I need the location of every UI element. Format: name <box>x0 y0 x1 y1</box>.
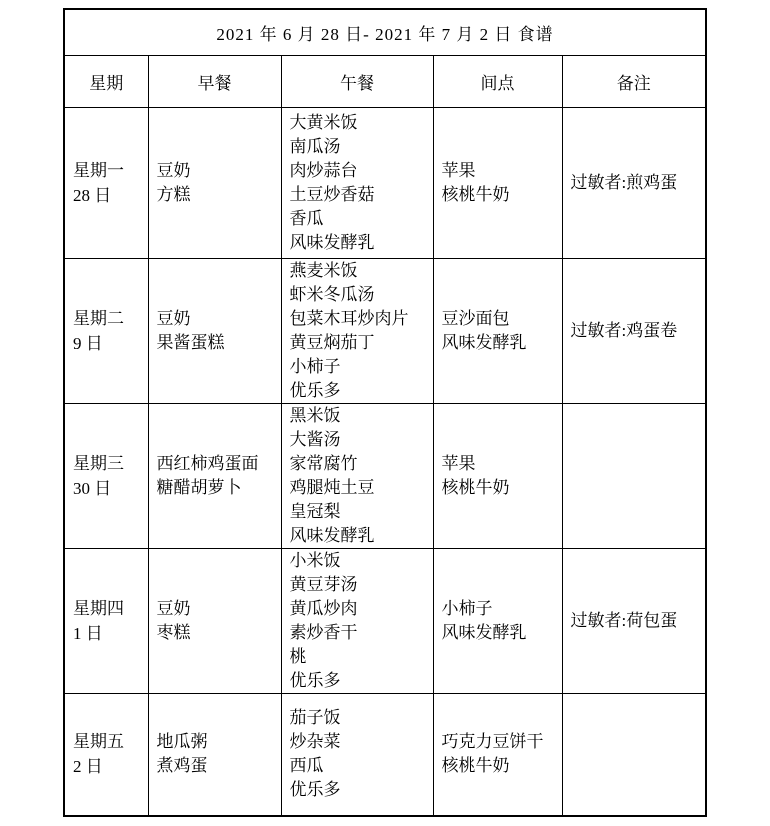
note-cell: 过敏者:荷包蛋 <box>562 549 706 694</box>
header-lunch: 午餐 <box>281 56 433 108</box>
day-label: 星期一 <box>73 158 140 183</box>
menu-item: 土豆炒香菇 <box>290 183 425 207</box>
date-label: 2 日 <box>73 754 140 779</box>
menu-item: 大黄米饭 <box>290 111 425 135</box>
note-cell <box>562 404 706 549</box>
date-label: 30 日 <box>73 476 140 501</box>
snack-cell: 小柿子 风味发酵乳 <box>433 549 562 694</box>
menu-item: 核桃牛奶 <box>442 754 554 778</box>
table-row: 星期一 28 日 豆奶 方糕 大黄米饭 南瓜汤 肉炒蒜台 土豆炒香菇 香瓜 风味… <box>64 108 706 259</box>
day-cell: 星期五 2 日 <box>64 694 148 816</box>
day-cell: 星期二 9 日 <box>64 259 148 404</box>
allergy-note: 过敏者:荷包蛋 <box>571 609 698 633</box>
header-note: 备注 <box>562 56 706 108</box>
header-day: 星期 <box>64 56 148 108</box>
menu-item: 糖醋胡萝卜 <box>157 476 273 500</box>
header-snack: 间点 <box>433 56 562 108</box>
menu-item: 南瓜汤 <box>290 135 425 159</box>
menu-item: 优乐多 <box>290 379 425 403</box>
menu-item: 风味发酵乳 <box>290 524 425 548</box>
menu-item: 家常腐竹 <box>290 452 425 476</box>
menu-item: 优乐多 <box>290 669 425 693</box>
day-cell: 星期一 28 日 <box>64 108 148 259</box>
allergy-note: 过敏者:煎鸡蛋 <box>571 171 698 195</box>
menu-item: 巧克力豆饼干 <box>442 730 554 754</box>
menu-item: 方糕 <box>157 183 273 207</box>
header-breakfast: 早餐 <box>148 56 281 108</box>
menu-item: 风味发酵乳 <box>442 621 554 645</box>
menu-item: 西瓜 <box>290 754 425 778</box>
date-label: 1 日 <box>73 621 140 646</box>
header-row: 星期 早餐 午餐 间点 备注 <box>64 56 706 108</box>
menu-item: 炒杂菜 <box>290 730 425 754</box>
snack-cell: 豆沙面包 风味发酵乳 <box>433 259 562 404</box>
page-title: 2021 年 6 月 28 日- 2021 年 7 月 2 日 食谱 <box>64 9 706 56</box>
breakfast-cell: 豆奶 方糕 <box>148 108 281 259</box>
snack-cell: 巧克力豆饼干 核桃牛奶 <box>433 694 562 816</box>
menu-item: 核桃牛奶 <box>442 183 554 207</box>
menu-item: 桃 <box>290 645 425 669</box>
day-cell: 星期三 30 日 <box>64 404 148 549</box>
day-label: 星期三 <box>73 451 140 476</box>
menu-item: 黄豆焖茄丁 <box>290 331 425 355</box>
snack-cell: 苹果 核桃牛奶 <box>433 404 562 549</box>
lunch-cell: 黑米饭 大酱汤 家常腐竹 鸡腿炖土豆 皇冠梨 风味发酵乳 <box>281 404 433 549</box>
lunch-cell: 大黄米饭 南瓜汤 肉炒蒜台 土豆炒香菇 香瓜 风味发酵乳 <box>281 108 433 259</box>
menu-item: 优乐多 <box>290 778 425 802</box>
allergy-note: 过敏者:鸡蛋卷 <box>571 319 698 343</box>
menu-item: 包菜木耳炒肉片 <box>290 307 425 331</box>
note-cell: 过敏者:鸡蛋卷 <box>562 259 706 404</box>
breakfast-cell: 豆奶 枣糕 <box>148 549 281 694</box>
menu-item: 豆奶 <box>157 159 273 183</box>
day-cell: 星期四 1 日 <box>64 549 148 694</box>
table-row: 星期五 2 日 地瓜粥 煮鸡蛋 茄子饭 炒杂菜 西瓜 优乐多 巧克力豆饼干 核桃… <box>64 694 706 816</box>
note-cell: 过敏者:煎鸡蛋 <box>562 108 706 259</box>
menu-item: 地瓜粥 <box>157 730 273 754</box>
lunch-cell: 燕麦米饭 虾米冬瓜汤 包菜木耳炒肉片 黄豆焖茄丁 小柿子 优乐多 <box>281 259 433 404</box>
menu-item: 皇冠梨 <box>290 500 425 524</box>
breakfast-cell: 西红柿鸡蛋面 糖醋胡萝卜 <box>148 404 281 549</box>
menu-item: 小米饭 <box>290 549 425 573</box>
table-row: 星期二 9 日 豆奶 果酱蛋糕 燕麦米饭 虾米冬瓜汤 包菜木耳炒肉片 黄豆焖茄丁… <box>64 259 706 404</box>
menu-table: 2021 年 6 月 28 日- 2021 年 7 月 2 日 食谱 星期 早餐… <box>63 8 707 817</box>
menu-item: 煮鸡蛋 <box>157 754 273 778</box>
menu-item: 风味发酵乳 <box>290 231 425 255</box>
menu-item: 黑米饭 <box>290 404 425 428</box>
menu-item: 苹果 <box>442 159 554 183</box>
breakfast-cell: 豆奶 果酱蛋糕 <box>148 259 281 404</box>
menu-item: 核桃牛奶 <box>442 476 554 500</box>
menu-item: 黄豆芽汤 <box>290 573 425 597</box>
note-cell <box>562 694 706 816</box>
day-label: 星期四 <box>73 596 140 621</box>
menu-item: 果酱蛋糕 <box>157 331 273 355</box>
day-label: 星期二 <box>73 306 140 331</box>
breakfast-cell: 地瓜粥 煮鸡蛋 <box>148 694 281 816</box>
menu-item: 西红柿鸡蛋面 <box>157 452 273 476</box>
menu-item: 大酱汤 <box>290 428 425 452</box>
menu-item: 小柿子 <box>442 597 554 621</box>
menu-item: 香瓜 <box>290 207 425 231</box>
title-row: 2021 年 6 月 28 日- 2021 年 7 月 2 日 食谱 <box>64 9 706 56</box>
table-row: 星期四 1 日 豆奶 枣糕 小米饭 黄豆芽汤 黄瓜炒肉 素炒香干 桃 优乐多 小… <box>64 549 706 694</box>
menu-item: 素炒香干 <box>290 621 425 645</box>
menu-item: 风味发酵乳 <box>442 331 554 355</box>
date-label: 28 日 <box>73 183 140 208</box>
menu-item: 豆奶 <box>157 597 273 621</box>
date-label: 9 日 <box>73 331 140 356</box>
menu-item: 黄瓜炒肉 <box>290 597 425 621</box>
menu-item: 虾米冬瓜汤 <box>290 283 425 307</box>
day-label: 星期五 <box>73 729 140 754</box>
menu-item: 茄子饭 <box>290 706 425 730</box>
menu-item: 苹果 <box>442 452 554 476</box>
menu-item: 肉炒蒜台 <box>290 159 425 183</box>
lunch-cell: 茄子饭 炒杂菜 西瓜 优乐多 <box>281 694 433 816</box>
menu-item: 枣糕 <box>157 621 273 645</box>
menu-item: 燕麦米饭 <box>290 259 425 283</box>
menu-item: 小柿子 <box>290 355 425 379</box>
document-page: 2021 年 6 月 28 日- 2021 年 7 月 2 日 食谱 星期 早餐… <box>0 0 770 826</box>
menu-item: 鸡腿炖土豆 <box>290 476 425 500</box>
menu-item: 豆沙面包 <box>442 307 554 331</box>
lunch-cell: 小米饭 黄豆芽汤 黄瓜炒肉 素炒香干 桃 优乐多 <box>281 549 433 694</box>
menu-item: 豆奶 <box>157 307 273 331</box>
snack-cell: 苹果 核桃牛奶 <box>433 108 562 259</box>
table-row: 星期三 30 日 西红柿鸡蛋面 糖醋胡萝卜 黑米饭 大酱汤 家常腐竹 鸡腿炖土豆… <box>64 404 706 549</box>
